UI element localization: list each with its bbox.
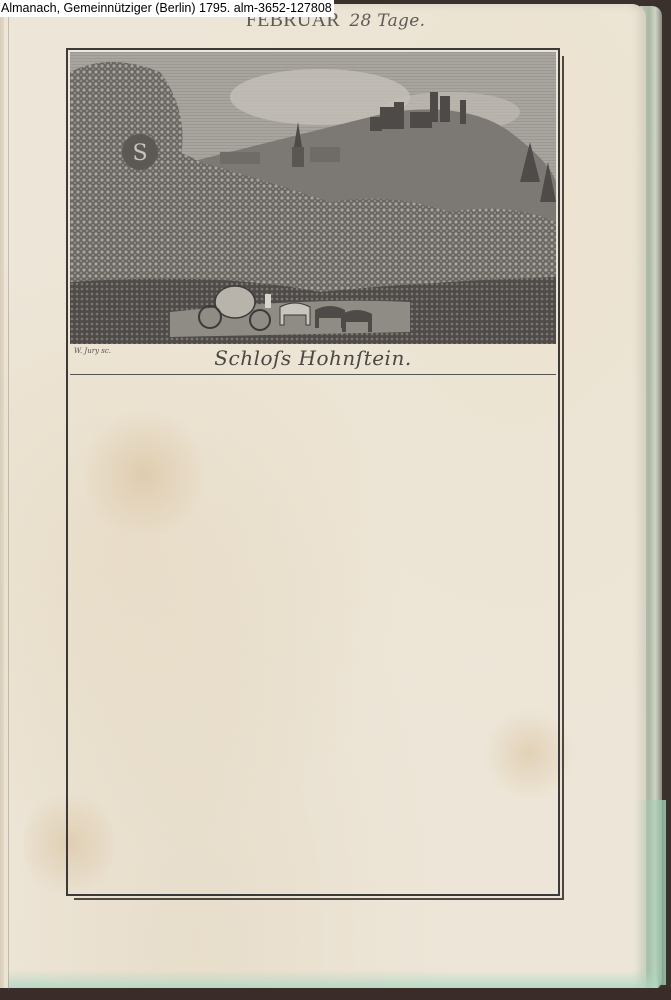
page-edge-green-stain — [636, 800, 666, 985]
gutter-fold-line — [8, 10, 9, 990]
bottom-shadow — [0, 988, 671, 1000]
plate-title: Schloſs Hohnſtein. — [70, 346, 556, 370]
image-caption-label: Almanach, Gemeinnütziger (Berlin) 1795. … — [0, 0, 334, 17]
plate-title-band: W. Jury sc. Schloſs Hohnſtein. — [70, 344, 556, 375]
decorative-initial: S — [132, 141, 147, 166]
castle-landscape-illustration: S — [70, 52, 556, 344]
engraving-plate: S — [70, 52, 556, 344]
days-count: 28 Tage. — [349, 11, 425, 31]
page-edge-bottom — [8, 970, 658, 988]
blank-notes-area — [70, 376, 556, 892]
